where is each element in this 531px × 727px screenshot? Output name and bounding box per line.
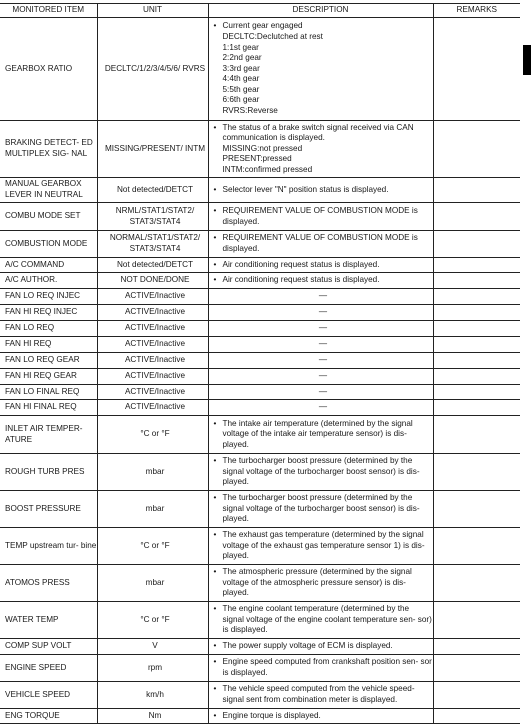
description-bullet: •Air conditioning request status is disp… <box>214 260 433 271</box>
description-subline: 3:3rd gear <box>214 64 433 75</box>
table-row: INLET AIR TEMPER- ATURE°C or °F•The inta… <box>0 416 520 454</box>
table-row: FAN LO REQ GEARACTIVE/Inactive— <box>0 353 520 369</box>
monitored-item-cell: MANUAL GEARBOX LEVER IN NEUTRAL <box>0 178 97 203</box>
remarks-cell <box>433 385 520 400</box>
monitored-item-cell: COMP SUP VOLT <box>0 639 97 655</box>
description-cell: — <box>208 385 433 400</box>
remarks-cell <box>433 400 520 416</box>
description-subline: RVRS:Reverse <box>214 106 433 117</box>
table-row: COMP SUP VOLTV•The power supply voltage … <box>0 639 520 655</box>
table-row: BOOST PRESSUREmbar•The turbocharger boos… <box>0 491 520 528</box>
table-row: WATER TEMP°C or °F•The engine coolant te… <box>0 602 520 639</box>
description-cell: •The turbocharger boost pressure (determ… <box>208 454 433 491</box>
unit-cell: °C or °F <box>97 602 208 639</box>
monitored-item-cell: FAN LO FINAL REQ <box>0 385 97 400</box>
description-bullet: •The engine coolant temperature (determi… <box>214 604 433 636</box>
remarks-cell <box>433 353 520 369</box>
description-cell: •Air conditioning request status is disp… <box>208 258 433 273</box>
unit-cell: NRML/STAT1/STAT2/ STAT3/STAT4 <box>97 203 208 231</box>
remarks-cell <box>433 203 520 231</box>
remarks-cell <box>433 18 520 121</box>
description-subline: PRESENT:pressed <box>214 154 433 165</box>
table-row: GEARBOX RATIODECLTC/1/2/3/4/5/6/ RVRS•Cu… <box>0 18 520 121</box>
bullet-icon: • <box>214 684 223 705</box>
remarks-cell <box>433 565 520 602</box>
monitored-item-cell: BRAKING DETECT- ED MULTIPLEX SIG- NAL <box>0 121 97 178</box>
monitored-item-cell: COMBU MODE SET <box>0 203 97 231</box>
monitored-item-cell: A/C COMMAND <box>0 258 97 273</box>
table-row: ENGINE SPEEDrpm•Engine speed computed fr… <box>0 655 520 682</box>
description-bullet: •Current gear engaged <box>214 21 433 32</box>
monitored-item-cell: VEHICLE SPEED <box>0 682 97 709</box>
monitor-item-table: MONITORED ITEM UNIT DESCRIPTION REMARKS … <box>0 3 520 724</box>
description-cell: — <box>208 353 433 369</box>
bullet-icon: • <box>214 657 223 678</box>
bullet-icon: • <box>214 233 223 254</box>
table-row: BRAKING DETECT- ED MULTIPLEX SIG- NALMIS… <box>0 121 520 178</box>
table-row: FAN HI REQ GEARACTIVE/Inactive— <box>0 369 520 385</box>
bullet-icon: • <box>214 567 223 599</box>
description-subline: 4:4th gear <box>214 74 433 85</box>
description-bullet: •Engine speed computed from crankshaft p… <box>214 657 433 678</box>
monitored-item-cell: FAN LO REQ <box>0 321 97 337</box>
remarks-cell <box>433 273 520 289</box>
remarks-cell <box>433 337 520 353</box>
table-row: COMBUSTION MODENORMAL/STAT1/STAT2/ STAT3… <box>0 231 520 258</box>
table-row: COMBU MODE SETNRML/STAT1/STAT2/ STAT3/ST… <box>0 203 520 231</box>
description-bullet: •The turbocharger boost pressure (determ… <box>214 493 433 525</box>
header-description: DESCRIPTION <box>208 4 433 18</box>
monitored-item-cell: COMBUSTION MODE <box>0 231 97 258</box>
table-row: FAN LO REQACTIVE/Inactive— <box>0 321 520 337</box>
description-bullet: •Selector lever "N" position status is d… <box>214 185 433 196</box>
header-unit: UNIT <box>97 4 208 18</box>
remarks-cell <box>433 305 520 321</box>
description-subline: 2:2nd gear <box>214 53 433 64</box>
remarks-cell <box>433 491 520 528</box>
description-cell: — <box>208 305 433 321</box>
description-text: The exhaust gas temperature (determined … <box>223 530 433 562</box>
description-cell: •The vehicle speed computed from the veh… <box>208 682 433 709</box>
unit-cell: Not detected/DETCT <box>97 178 208 203</box>
monitored-item-cell: FAN HI REQ GEAR <box>0 369 97 385</box>
remarks-cell <box>433 231 520 258</box>
monitored-item-cell: WATER TEMP <box>0 602 97 639</box>
table-row: A/C AUTHOR.NOT DONE/DONE•Air conditionin… <box>0 273 520 289</box>
description-text: REQUIREMENT VALUE OF COMBUSTION MODE is … <box>223 233 433 254</box>
table-row: FAN HI REQ INJECACTIVE/Inactive— <box>0 305 520 321</box>
description-cell: — <box>208 400 433 416</box>
description-bullet: •The vehicle speed computed from the veh… <box>214 684 433 705</box>
bullet-icon: • <box>214 260 223 271</box>
description-text: Selector lever "N" position status is di… <box>223 185 389 196</box>
unit-cell: mbar <box>97 565 208 602</box>
bullet-icon: • <box>214 711 223 722</box>
remarks-cell <box>433 682 520 709</box>
description-bullet: •REQUIREMENT VALUE OF COMBUSTION MODE is… <box>214 233 433 254</box>
table-row: ROUGH TURB PRESmbar•The turbocharger boo… <box>0 454 520 491</box>
unit-cell: ACTIVE/Inactive <box>97 385 208 400</box>
unit-cell: rpm <box>97 655 208 682</box>
description-cell: •The turbocharger boost pressure (determ… <box>208 491 433 528</box>
description-subline: INTM:confirmed pressed <box>214 165 433 176</box>
unit-cell: ACTIVE/Inactive <box>97 337 208 353</box>
description-text: Engine torque is displayed. <box>223 711 321 722</box>
description-text: Engine speed computed from crankshaft po… <box>223 657 433 678</box>
table-row: ATOMOS PRESSmbar•The atmospheric pressur… <box>0 565 520 602</box>
description-cell: •The power supply voltage of ECM is disp… <box>208 639 433 655</box>
description-subline: 1:1st gear <box>214 43 433 54</box>
monitored-item-cell: FAN LO REQ INJEC <box>0 289 97 305</box>
description-text: REQUIREMENT VALUE OF COMBUSTION MODE is … <box>223 206 433 227</box>
description-bullet: •REQUIREMENT VALUE OF COMBUSTION MODE is… <box>214 206 433 227</box>
description-cell: •REQUIREMENT VALUE OF COMBUSTION MODE is… <box>208 231 433 258</box>
description-text: Air conditioning request status is displ… <box>223 275 380 286</box>
description-text: The intake air temperature (determined b… <box>223 419 433 451</box>
unit-cell: ACTIVE/Inactive <box>97 369 208 385</box>
description-cell: •Current gear engagedDECLTC:Declutched a… <box>208 18 433 121</box>
monitored-item-cell: A/C AUTHOR. <box>0 273 97 289</box>
bullet-icon: • <box>214 641 223 652</box>
unit-cell: km/h <box>97 682 208 709</box>
table-row: FAN HI REQACTIVE/Inactive— <box>0 337 520 353</box>
description-subline: 6:6th gear <box>214 95 433 106</box>
remarks-cell <box>433 709 520 724</box>
remarks-cell <box>433 655 520 682</box>
bullet-icon: • <box>214 206 223 227</box>
monitored-item-cell: FAN HI REQ INJEC <box>0 305 97 321</box>
table-row: FAN LO REQ INJECACTIVE/Inactive— <box>0 289 520 305</box>
table-row: TEMP upstream tur- bine°C or °F•The exha… <box>0 528 520 565</box>
bullet-icon: • <box>214 123 223 144</box>
monitored-item-cell: FAN HI FINAL REQ <box>0 400 97 416</box>
description-bullet: •The status of a brake switch signal rec… <box>214 123 433 144</box>
monitored-item-cell: ROUGH TURB PRES <box>0 454 97 491</box>
bullet-icon: • <box>214 419 223 451</box>
description-text: Air conditioning request status is displ… <box>223 260 380 271</box>
bullet-icon: • <box>214 275 223 286</box>
bullet-icon: • <box>214 456 223 488</box>
description-cell: •The exhaust gas temperature (determined… <box>208 528 433 565</box>
unit-cell: Nm <box>97 709 208 724</box>
table-row: MANUAL GEARBOX LEVER IN NEUTRALNot detec… <box>0 178 520 203</box>
unit-cell: Not detected/DETCT <box>97 258 208 273</box>
remarks-cell <box>433 321 520 337</box>
remarks-cell <box>433 528 520 565</box>
description-bullet: •The atmospheric pressure (determined by… <box>214 567 433 599</box>
unit-cell: MISSING/PRESENT/ INTM <box>97 121 208 178</box>
monitored-item-cell: TEMP upstream tur- bine <box>0 528 97 565</box>
description-cell: — <box>208 289 433 305</box>
description-bullet: •The intake air temperature (determined … <box>214 419 433 451</box>
description-text: The turbocharger boost pressure (determi… <box>223 493 433 525</box>
description-cell: •REQUIREMENT VALUE OF COMBUSTION MODE is… <box>208 203 433 231</box>
description-subline: MISSING:not pressed <box>214 144 433 155</box>
description-cell: •The atmospheric pressure (determined by… <box>208 565 433 602</box>
description-bullet: •The turbocharger boost pressure (determ… <box>214 456 433 488</box>
unit-cell: ACTIVE/Inactive <box>97 305 208 321</box>
description-cell: •The intake air temperature (determined … <box>208 416 433 454</box>
unit-cell: ACTIVE/Inactive <box>97 289 208 305</box>
monitored-item-cell: ENG TORQUE <box>0 709 97 724</box>
remarks-cell <box>433 258 520 273</box>
unit-cell: NORMAL/STAT1/STAT2/ STAT3/STAT4 <box>97 231 208 258</box>
section-index-tab <box>523 45 531 75</box>
bullet-icon: • <box>214 493 223 525</box>
remarks-cell <box>433 289 520 305</box>
description-cell: •Air conditioning request status is disp… <box>208 273 433 289</box>
monitored-item-cell: ENGINE SPEED <box>0 655 97 682</box>
bullet-icon: • <box>214 21 223 32</box>
description-cell: •Engine torque is displayed. <box>208 709 433 724</box>
header-remarks: REMARKS <box>433 4 520 18</box>
monitored-item-cell: FAN HI REQ <box>0 337 97 353</box>
monitored-item-cell: GEARBOX RATIO <box>0 18 97 121</box>
remarks-cell <box>433 178 520 203</box>
remarks-cell <box>433 602 520 639</box>
table-row: VEHICLE SPEEDkm/h•The vehicle speed comp… <box>0 682 520 709</box>
description-cell: •The status of a brake switch signal rec… <box>208 121 433 178</box>
description-text: The status of a brake switch signal rece… <box>223 123 433 144</box>
unit-cell: mbar <box>97 454 208 491</box>
description-cell: •Engine speed computed from crankshaft p… <box>208 655 433 682</box>
description-text: The turbocharger boost pressure (determi… <box>223 456 433 488</box>
unit-cell: ACTIVE/Inactive <box>97 321 208 337</box>
description-cell: •The engine coolant temperature (determi… <box>208 602 433 639</box>
description-bullet: •The exhaust gas temperature (determined… <box>214 530 433 562</box>
table-header-row: MONITORED ITEM UNIT DESCRIPTION REMARKS <box>0 4 520 18</box>
unit-cell: DECLTC/1/2/3/4/5/6/ RVRS <box>97 18 208 121</box>
table-row: FAN HI FINAL REQACTIVE/Inactive— <box>0 400 520 416</box>
description-bullet: •Engine torque is displayed. <box>214 711 433 722</box>
unit-cell: ACTIVE/Inactive <box>97 353 208 369</box>
description-text: The power supply voltage of ECM is displ… <box>223 641 393 652</box>
description-cell: — <box>208 369 433 385</box>
bullet-icon: • <box>214 604 223 636</box>
unit-cell: V <box>97 639 208 655</box>
description-subline: DECLTC:Declutched at rest <box>214 32 433 43</box>
monitored-item-cell: BOOST PRESSURE <box>0 491 97 528</box>
description-text: Current gear engaged <box>223 21 303 32</box>
unit-cell: mbar <box>97 491 208 528</box>
table-row: ENG TORQUENm•Engine torque is displayed. <box>0 709 520 724</box>
description-cell: — <box>208 337 433 353</box>
monitored-item-cell: FAN LO REQ GEAR <box>0 353 97 369</box>
description-bullet: •Air conditioning request status is disp… <box>214 275 433 286</box>
unit-cell: NOT DONE/DONE <box>97 273 208 289</box>
remarks-cell <box>433 454 520 491</box>
description-bullet: •The power supply voltage of ECM is disp… <box>214 641 433 652</box>
description-cell: — <box>208 321 433 337</box>
unit-cell: °C or °F <box>97 528 208 565</box>
header-monitored-item: MONITORED ITEM <box>0 4 97 18</box>
description-subline: 5:5th gear <box>214 85 433 96</box>
unit-cell: °C or °F <box>97 416 208 454</box>
bullet-icon: • <box>214 185 223 196</box>
remarks-cell <box>433 369 520 385</box>
description-text: The vehicle speed computed from the vehi… <box>223 684 433 705</box>
description-text: The engine coolant temperature (determin… <box>223 604 433 636</box>
remarks-cell <box>433 639 520 655</box>
unit-cell: ACTIVE/Inactive <box>97 400 208 416</box>
description-cell: •Selector lever "N" position status is d… <box>208 178 433 203</box>
description-text: The atmospheric pressure (determined by … <box>223 567 433 599</box>
monitored-item-cell: INLET AIR TEMPER- ATURE <box>0 416 97 454</box>
bullet-icon: • <box>214 530 223 562</box>
monitored-item-cell: ATOMOS PRESS <box>0 565 97 602</box>
remarks-cell <box>433 416 520 454</box>
table-row: A/C COMMANDNot detected/DETCT•Air condit… <box>0 258 520 273</box>
table-row: FAN LO FINAL REQACTIVE/Inactive— <box>0 385 520 400</box>
remarks-cell <box>433 121 520 178</box>
